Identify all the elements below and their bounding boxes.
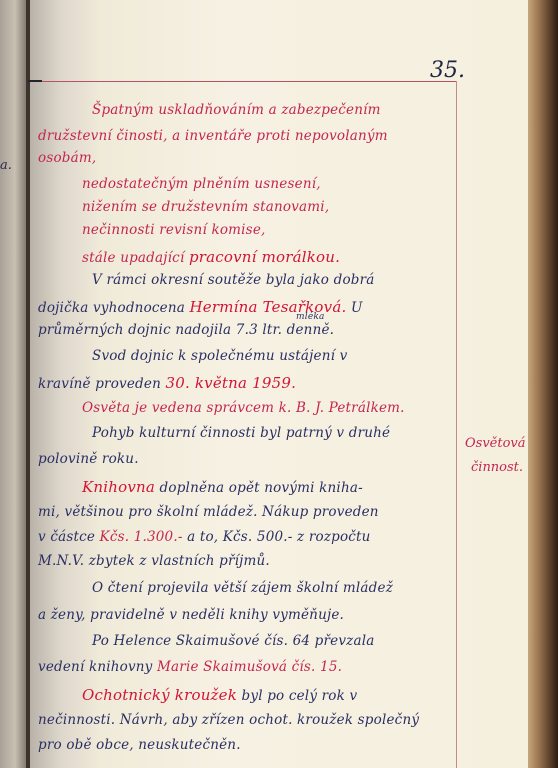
margin-note-line: Osvětová [465, 432, 526, 456]
margin-note: Osvětová činnost. [465, 432, 526, 480]
text-line: nižením se družstevním stanovami, [82, 199, 329, 215]
left-page-fragment: a. [0, 158, 12, 173]
text-line: mi, většinou pro školní mládež. Nákup pr… [38, 504, 379, 520]
text-line: v částce Kčs. 1.300.- a to, Kčs. 500.- z… [38, 529, 371, 545]
margin-note-line: činnost. [465, 456, 526, 480]
text-line: nedostatečným plněním usnesení, [82, 176, 321, 192]
text-segment: nečinnosti revisní komise, [82, 222, 266, 238]
page-edge-right [528, 0, 558, 768]
text-segment: Kčs. 1.300.- [100, 529, 183, 545]
text-segment: osobám, [38, 150, 96, 166]
text-segment: Osvěta je vedena správcem k. B. J. Petrá… [82, 400, 405, 416]
text-line: a ženy, pravidelně v neděli knihy vyměňu… [38, 607, 344, 623]
text-segment: mi, většinou pro školní mládež. Nákup pr… [38, 504, 379, 520]
text-segment: polovině roku. [38, 451, 139, 467]
text-segment: kravíně proveden [38, 376, 165, 392]
page-number: 35. [430, 58, 465, 83]
text-line: pro obě obce, neuskutečněn. [38, 737, 241, 753]
text-segment: M.N.V. zbytek z vlastních příjmů. [38, 553, 270, 569]
text-segment: nižením se družstevním stanovami, [82, 199, 329, 215]
text-segment: Pohyb kulturní činnosti byl patrný v dru… [92, 425, 390, 441]
top-rule-line [38, 81, 456, 82]
text-segment: byl po celý rok v [237, 688, 357, 704]
text-segment: doplněna opět novými kniha- [155, 480, 363, 496]
text-segment: V rámci okresní soutěže byla jako dobrá [92, 272, 375, 288]
text-segment: Svod dojnic k společnému ustájení v [92, 348, 347, 364]
text-segment: pracovní morálkou. [189, 248, 340, 266]
text-segment: dojička vyhodnocena [38, 300, 189, 316]
text-segment: nedostatečným plněním usnesení, [82, 176, 321, 192]
text-segment: a ženy, pravidelně v neděli knihy vyměňu… [38, 607, 344, 623]
text-line: Svod dojnic k společnému ustájení v [92, 348, 347, 364]
margin-rule-line [456, 81, 457, 768]
text-segment: vedení knihovny [38, 659, 157, 675]
text-segment: Ochotnický kroužek [82, 686, 237, 704]
text-line: Po Helence Skaimušové čís. 64 převzala [92, 633, 375, 649]
text-segment: Po Helence Skaimušové čís. 64 převzala [92, 633, 375, 649]
text-segment: pro obě obce, neuskutečněn. [38, 737, 241, 753]
text-line: Ochotnický kroužek byl po celý rok v [82, 686, 357, 704]
text-line: kravíně proveden 30. května 1959. [38, 374, 296, 392]
text-line: polovině roku. [38, 451, 139, 467]
text-segment: Knihovna [82, 478, 155, 496]
text-line: O čtení projevila větší zájem školní mlá… [92, 580, 393, 596]
text-line: V rámci okresní soutěže byla jako dobrá [92, 272, 375, 288]
superscript-insertion: mléka [296, 312, 325, 322]
text-line: Pohyb kulturní činnosti byl patrný v dru… [92, 425, 390, 441]
text-line: M.N.V. zbytek z vlastních příjmů. [38, 553, 270, 569]
text-line: Osvěta je vedena správcem k. B. J. Petrá… [82, 400, 405, 416]
text-line: nečinnosti revisní komise, [82, 222, 266, 238]
text-line: vedení knihovny Marie Skaimušová čís. 15… [38, 659, 342, 675]
text-segment: 30. května 1959. [165, 374, 296, 392]
text-segment: U [346, 300, 362, 316]
text-line: Knihovna doplněna opět novými kniha- [82, 478, 363, 496]
text-line: stále upadající pracovní morálkou. [82, 248, 340, 266]
text-segment: Špatným uskladňováním a zabezpečením [92, 102, 381, 118]
text-line: osobám, [38, 150, 96, 166]
text-line: Špatným uskladňováním a zabezpečením [92, 102, 381, 118]
text-segment: průměrných dojnic nadojila 7.3 ltr. denn… [38, 322, 334, 338]
text-segment: O čtení projevila větší zájem školní mlá… [92, 580, 393, 596]
text-line: nečinnosti. Návrh, aby zřízen ochot. kro… [38, 712, 419, 728]
text-line: družstevní činosti, a inventáře proti ne… [38, 128, 388, 144]
text-segment: nečinnosti. Návrh, aby zřízen ochot. kro… [38, 712, 419, 728]
text-segment: v částce [38, 529, 100, 545]
text-line: průměrných dojnic nadojila 7.3 ltr. denn… [38, 322, 334, 338]
text-segment: a to, Kčs. 500.- z rozpočtu [183, 529, 371, 545]
text-segment: Marie Skaimušová čís. 15. [157, 659, 342, 675]
text-segment: družstevní činosti, a inventáře proti ne… [38, 128, 388, 144]
text-segment: stále upadající [82, 250, 189, 266]
